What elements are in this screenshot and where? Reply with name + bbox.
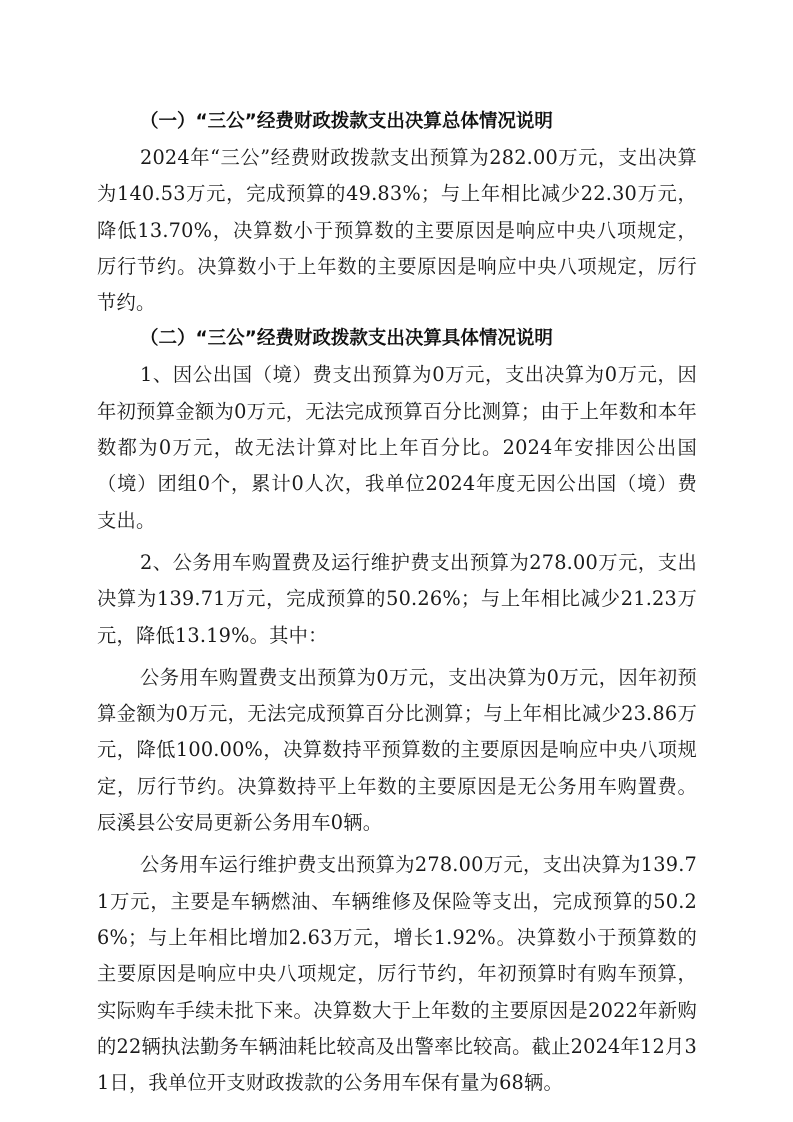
- section-2-paragraph-vehicle-total: 2、公务用车购置费及运行维护费支出预算为278.00万元，支出决算为139.71…: [97, 545, 697, 654]
- section-2-heading: （二）“三公”经费财政拨款支出决算具体情况说明: [97, 321, 697, 357]
- section-1-heading: （一）“三公”经费财政拨款支出决算总体情况说明: [97, 104, 697, 140]
- document-page: （一）“三公”经费财政拨款支出决算总体情况说明 2024年“三公”经费财政拨款支…: [97, 104, 697, 1101]
- section-1-paragraph-overview: 2024年“三公”经费财政拨款支出预算为282.00万元，支出决算为140.53…: [97, 140, 697, 321]
- section-2-paragraph-overseas-travel: 1、因公出国（境）费支出预算为0万元，支出决算为0万元，因年初预算金额为0万元，…: [97, 357, 697, 538]
- section-2-paragraph-vehicle-maintenance: 公务用车运行维护费支出预算为278.00万元，支出决算为139.71万元，主要是…: [97, 847, 697, 1101]
- section-2-paragraph-vehicle-purchase: 公务用车购置费支出预算为0万元，支出决算为0万元，因年初预算金额为0万元，无法完…: [97, 660, 697, 841]
